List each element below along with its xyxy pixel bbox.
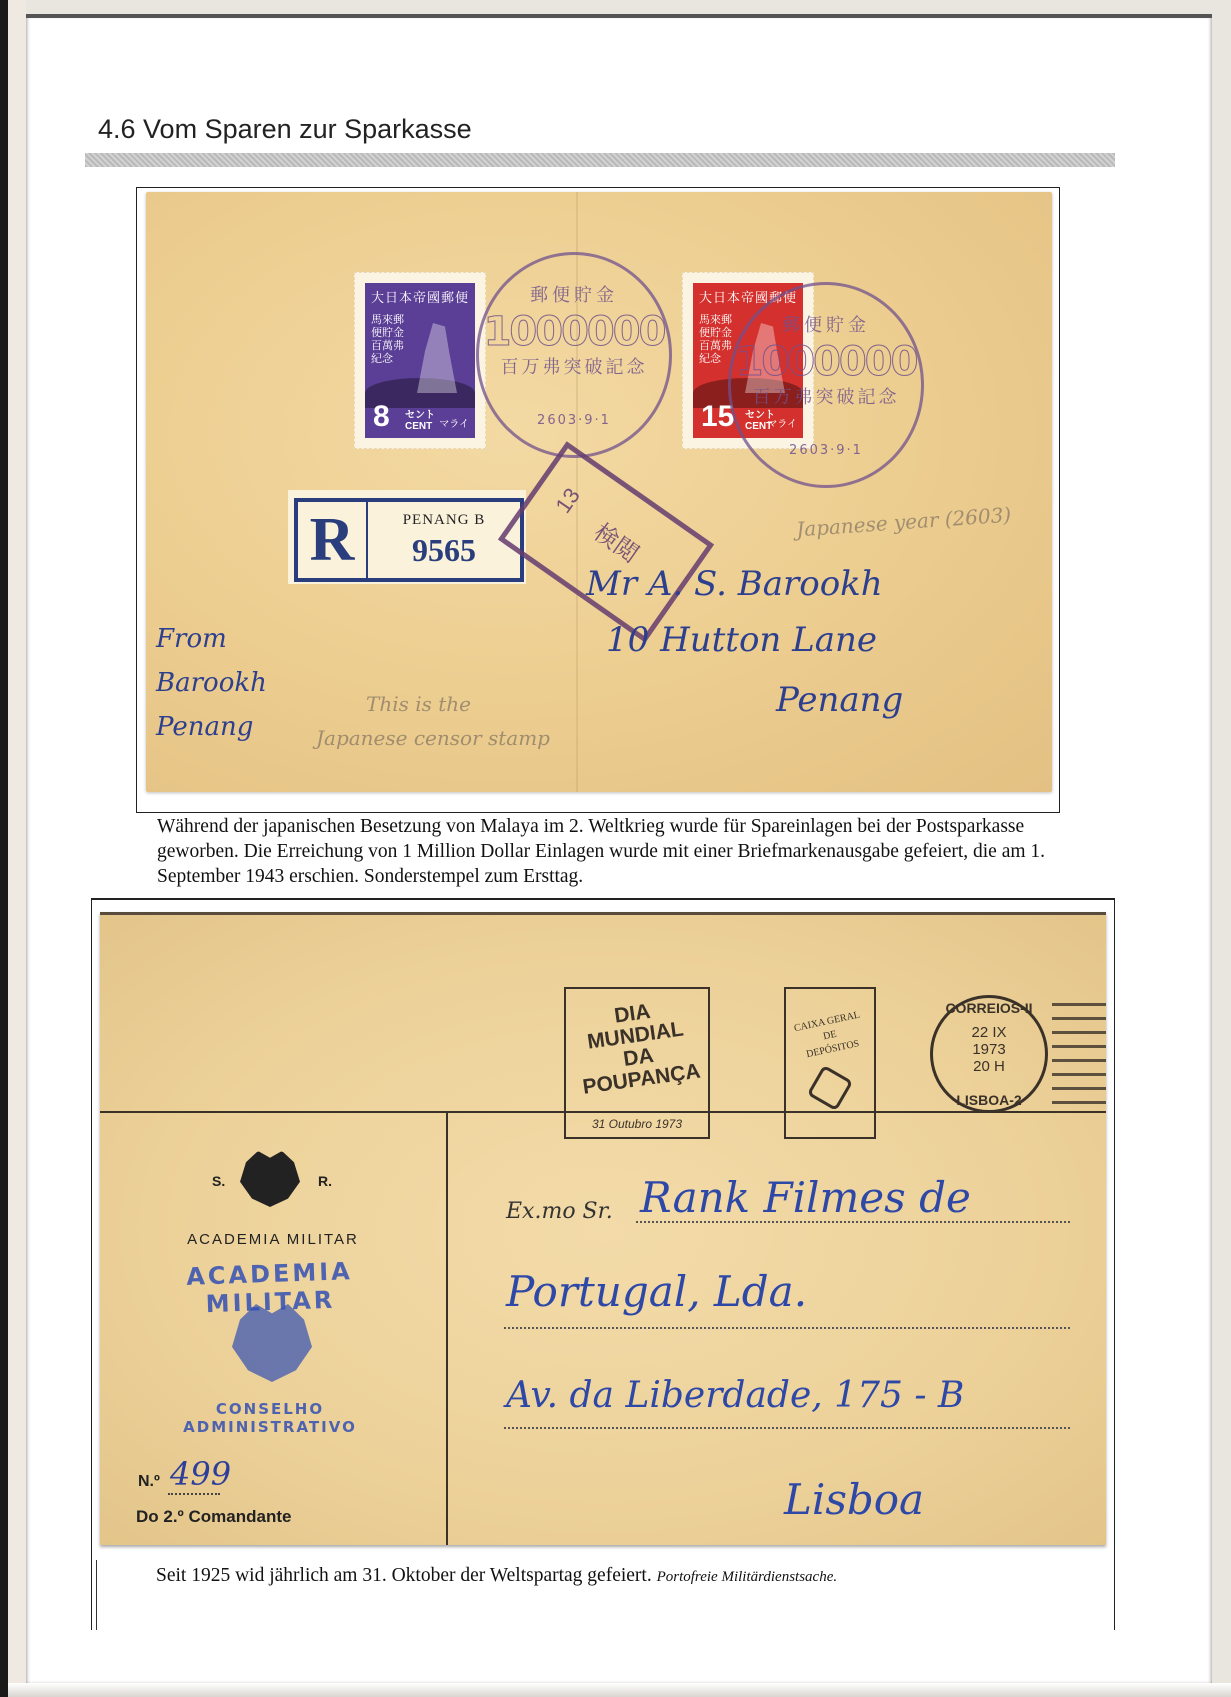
stamp-8-cent: 大日本帝國郵便 馬來郵便貯金百萬弗紀念 8 セントCENT マライ	[354, 272, 486, 449]
machine-cancel-lines	[1052, 1003, 1106, 1111]
page-margin	[8, 0, 26, 1697]
title-underline	[85, 153, 1115, 167]
cover1-caption: Während der japanischen Besetzung von Ma…	[157, 814, 1057, 889]
recipient-line-2: 10 Hutton Lane	[606, 620, 877, 660]
scan-bottom-edge	[8, 1683, 1231, 1697]
sender-line-2: Barookh	[156, 668, 267, 698]
pencil-note-censor-1: This is the	[366, 692, 471, 716]
address-line-4: Lisboa	[784, 1475, 924, 1524]
address-dotted-line	[504, 1427, 1070, 1429]
lisbon-postmark: CORREIOS-II 22 IX 1973 20 H LISBOA-2	[930, 995, 1048, 1113]
scan-edge	[0, 0, 8, 1697]
academia-handstamp: ACADEMIA MILITAR CONSELHO ADMINISTRATIVO	[140, 1260, 400, 1440]
portugal-crest-icon	[240, 1151, 300, 1207]
sender-line-3: Penang	[156, 712, 253, 742]
sr-letter-r: R.	[318, 1173, 332, 1189]
cgd-logo-icon	[807, 1065, 853, 1111]
printed-sender: ACADEMIA MILITAR	[100, 1231, 446, 1248]
caption-note: Portofreie Militärdienstsache.	[657, 1569, 838, 1585]
address-line-2: Portugal, Lda.	[506, 1267, 807, 1316]
stamp-value: 8	[373, 400, 390, 434]
frame-rule	[96, 1560, 97, 1630]
cancel-postmark-2: 郵便貯金 1000000 百万弗突破記念 2603·9·1	[728, 282, 924, 488]
registration-town: PENANG B	[370, 512, 518, 529]
slogan-cancel-savings-day: DIA MUNDIAL DA POUPANÇA 31 Outubro 1973	[564, 987, 710, 1139]
from-label: Do 2.º Comandante	[136, 1507, 291, 1527]
address-line-3: Av. da Liberdade, 175 - B	[506, 1375, 964, 1416]
sr-letter-s: S.	[212, 1173, 225, 1189]
sender-line-1: From	[156, 624, 227, 654]
recipient-line-1: Mr A. S. Barookh	[586, 564, 883, 604]
cover1-envelope: 大日本帝國郵便 馬來郵便貯金百萬弗紀念 8 セントCENT マライ 郵便貯金 1…	[146, 192, 1052, 792]
number-label: N.º	[138, 1473, 160, 1491]
slogan-date: 31 Outubro 1973	[566, 1117, 708, 1131]
stamp-inscription: 大日本帝國郵便	[365, 287, 475, 306]
worker-figure-icon	[417, 323, 457, 393]
censor-stamp: 13 検閲	[498, 441, 714, 643]
number-value: 499	[170, 1455, 231, 1493]
address-salutation: Ex.mo Sr.	[506, 1199, 613, 1224]
address-dotted-line	[636, 1221, 1070, 1223]
envelope-divider-vertical	[446, 1111, 448, 1545]
stamp-country: マライ	[439, 415, 469, 430]
pencil-note-year: Japanese year (2603)	[795, 503, 1011, 542]
number-dotted-line	[168, 1493, 220, 1495]
stamp-side-text: 馬來郵便貯金百萬弗紀念	[699, 313, 733, 365]
cancel-postmark-1: 郵便貯金 1000000 百万弗突破記念 2603·9·1	[476, 252, 672, 458]
registration-label: R PENANG B 9565	[288, 490, 526, 584]
pencil-note-censor-2: Japanese censor stamp	[316, 726, 550, 750]
recipient-line-3: Penang	[776, 680, 903, 720]
page-title: 4.6 Vom Sparen zur Sparkasse	[98, 114, 472, 145]
slogan-cancel-caixa-geral: CAIXA GERAL DE DEPÓSITOS	[784, 987, 876, 1139]
cover2-caption: Seit 1925 wid jährlich am 31. Oktober de…	[156, 1565, 837, 1587]
address-line-1: Rank Filmes de	[640, 1173, 971, 1222]
registration-number: 9565	[370, 532, 518, 569]
stamp-unit: セントCENT	[405, 410, 435, 432]
cover2-envelope: DIA MUNDIAL DA POUPANÇA 31 Outubro 1973 …	[100, 912, 1106, 1545]
address-dotted-line	[504, 1327, 1070, 1329]
stamp-side-text: 馬來郵便貯金百萬弗紀念	[371, 313, 405, 365]
registration-letter: R	[298, 502, 368, 578]
